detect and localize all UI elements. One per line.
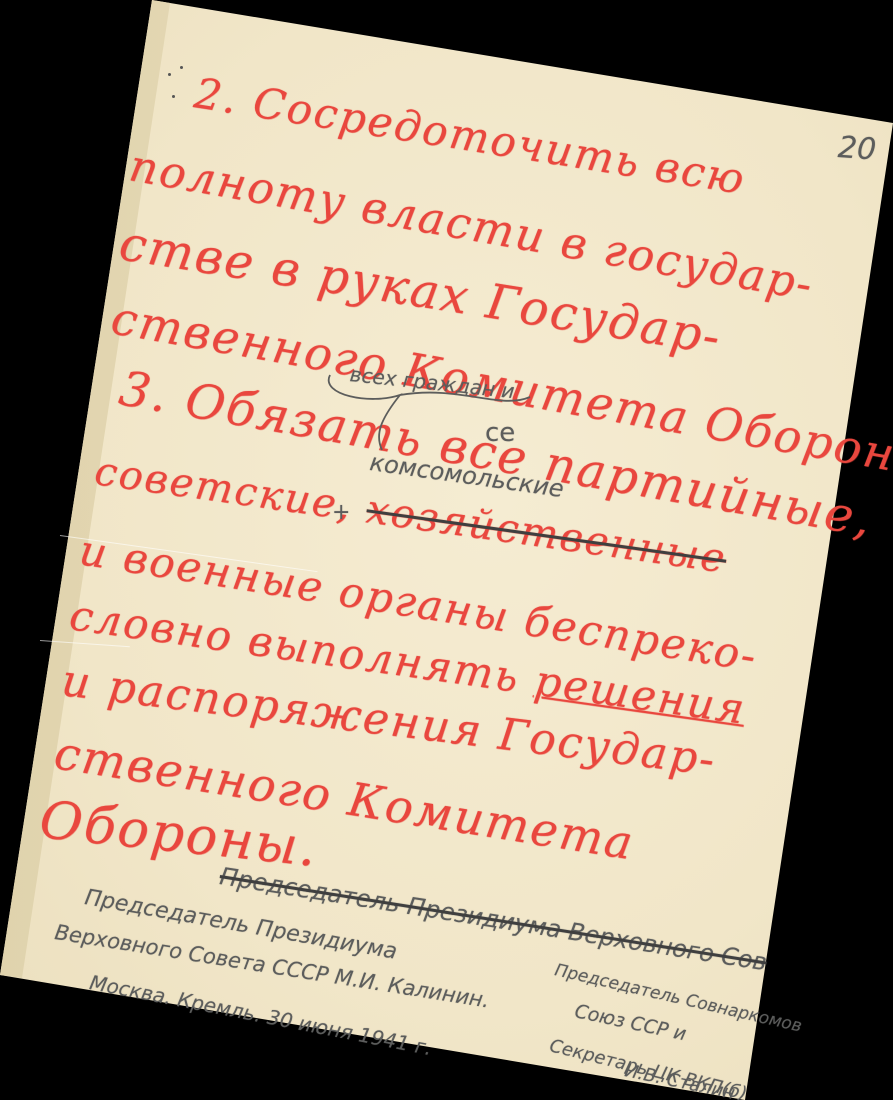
page-number: 20 bbox=[837, 130, 878, 168]
punch-mark bbox=[172, 95, 175, 98]
punch-mark bbox=[168, 73, 171, 76]
punch-mark bbox=[180, 66, 183, 69]
pencil-insert-mark: + bbox=[332, 500, 350, 525]
pencil-insert-letters: се bbox=[485, 418, 515, 448]
